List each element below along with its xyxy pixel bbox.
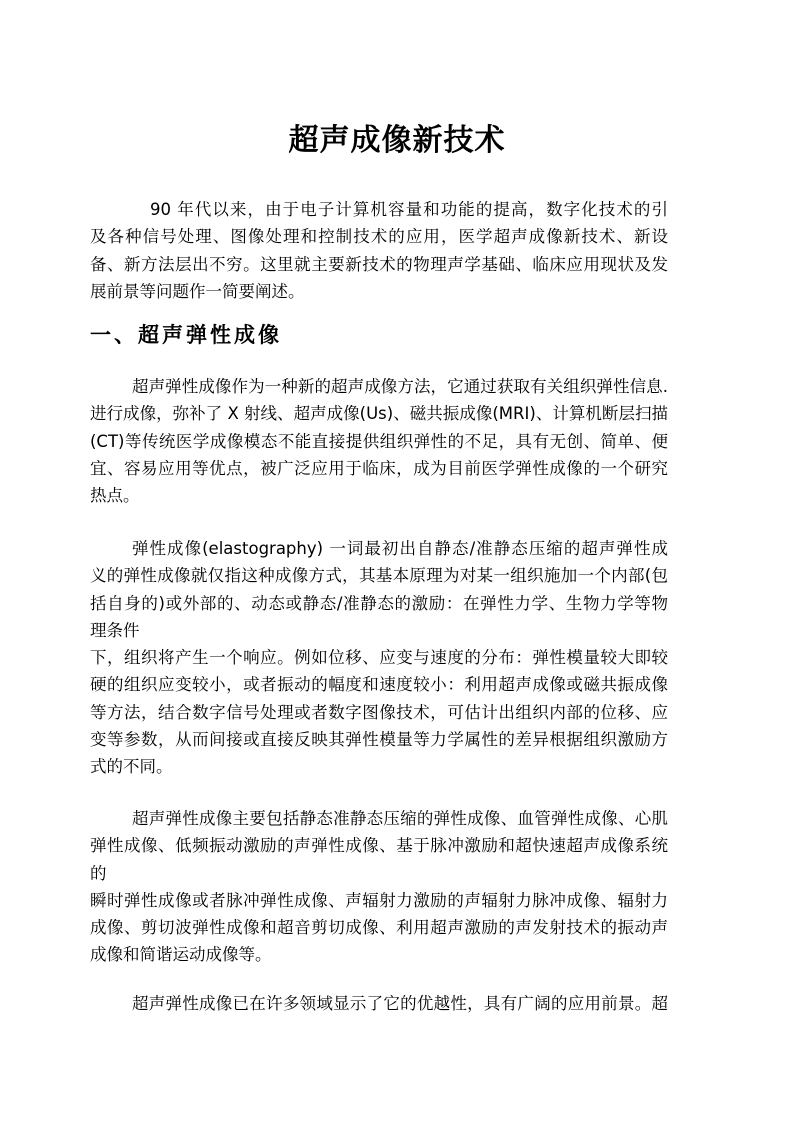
text-line: 展前景等问题作一简要阐述。 xyxy=(90,278,668,305)
document-title: 超声成像新技术 xyxy=(0,120,794,162)
paragraph-elasticity-overview: 超声弹性成像作为一种新的超声成像方法，它通过获取有关组织弹性信息.进行成像，弥补… xyxy=(90,373,668,509)
text-line: 弹性成像、低频振动激励的声弹性成像、基于脉冲激励和超快速超声成像系统 xyxy=(90,832,668,859)
text-line: 括自身的)或外部的、动态或静态/准静态的激励：在弹性力学、生物力学等物 xyxy=(90,590,668,617)
text-line: 等方法，结合数字信号处理或者数字图像技术，可估计出组织内部的位移、应 xyxy=(90,699,668,726)
text-line: 硬的组织应变较小，或者振动的幅度和速度较小：利用超声成像或磁共振成像 xyxy=(90,671,668,698)
paragraph-intro: 90 年代以来，由于电子计算机容量和功能的提高，数字化技术的引入，以及各种信号处… xyxy=(90,196,668,305)
text-line: 热点。 xyxy=(90,482,668,509)
text-line: 下，组织将产生一个响应。例如位移、应变与速度的分布：弹性模量较大即较 xyxy=(90,644,668,671)
text-line: 宜、容易应用等优点，被广泛应用于临床，成为目前医学弹性成像的一个研究 xyxy=(90,455,668,482)
document-page: 超声成像新技术 90 年代以来，由于电子计算机容量和功能的提高，数字化技术的引入… xyxy=(0,0,794,1123)
paragraph-application-prospect: 超声弹性成像已在许多领域显示了它的优越性，具有广阔的应用前景。超 xyxy=(90,990,668,1017)
text-line: (CT)等传统医学成像模态不能直接提供组织弹性的不足，具有无创、简单、便 xyxy=(90,428,668,455)
text-line: 超声弹性成像主要包括静态准静态压缩的弹性成像、血管弹性成像、心肌 xyxy=(90,805,668,832)
text-line: 义的弹性成像就仅指这种成像方式，其基本原理为对某一组织施加一个内部(包 xyxy=(90,562,668,589)
section-heading: 一、超声弹性成像 xyxy=(90,320,668,350)
text-line: 成像和简谐运动成像等。 xyxy=(90,941,668,968)
text-line: 备、新方法层出不穷。这里就主要新技术的物理声学基础、临床应用现状及发 xyxy=(90,251,668,278)
text-line: 超声弹性成像作为一种新的超声成像方法，它通过获取有关组织弹性信息. xyxy=(90,373,668,400)
text-line: 理条件 xyxy=(90,617,668,644)
paragraph-elastography-types: 超声弹性成像主要包括静态准静态压缩的弹性成像、血管弹性成像、心肌弹性成像、低频振… xyxy=(90,805,668,969)
text-line: 进行成像，弥补了 X 射线、超声成像(Us)、磁共振成像(MRI)、计算机断层扫… xyxy=(90,400,668,427)
text-line: 90 年代以来，由于电子计算机容量和功能的提高，数字化技术的引入，以 xyxy=(90,196,668,223)
text-line: 式的不同。 xyxy=(90,753,668,780)
text-line: 弹性成像(elastography) 一词最初出自静态/准静态压缩的超声弹性成像… xyxy=(90,535,668,562)
text-line: 瞬时弹性成像或者脉冲弹性成像、声辐射力激励的声辐射力脉冲成像、辐射力 xyxy=(90,887,668,914)
text-line: 变等参数，从而间接或直接反映其弹性模量等力学属性的差异根据组织激励方 xyxy=(90,726,668,753)
paragraph-elastography-principle: 弹性成像(elastography) 一词最初出自静态/准静态压缩的超声弹性成像… xyxy=(90,535,668,781)
text-line: 的 xyxy=(90,860,668,887)
text-line: 及各种信号处理、图像处理和控制技术的应用，医学超声成像新技术、新设 xyxy=(90,223,668,250)
text-line: 成像、剪切波弹性成像和超音剪切成像、利用超声激励的声发射技术的振动声 xyxy=(90,914,668,941)
text-line: 超声弹性成像已在许多领域显示了它的优越性，具有广阔的应用前景。超 xyxy=(90,990,668,1017)
